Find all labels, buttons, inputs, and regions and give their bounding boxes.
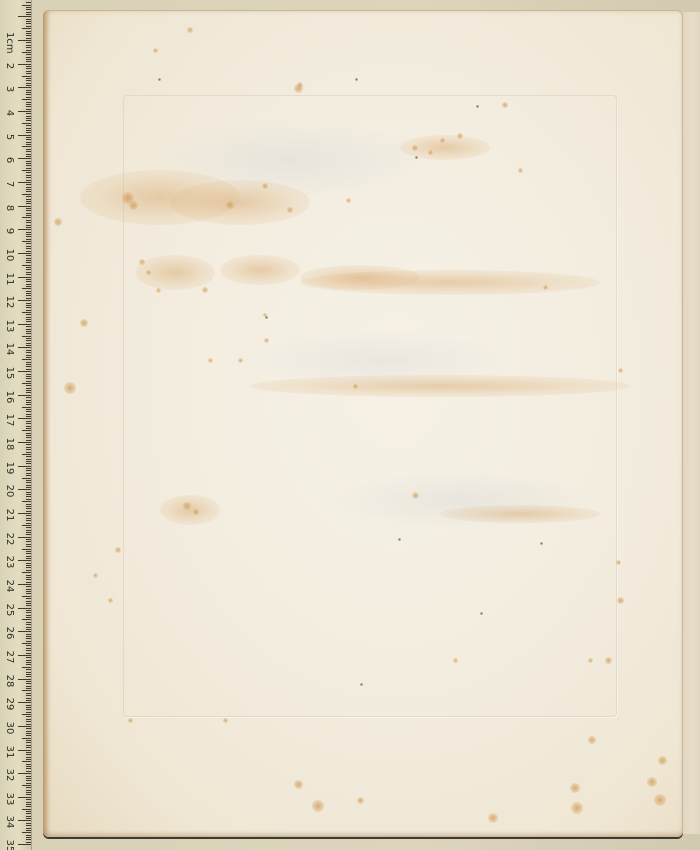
ruler-number: 7: [4, 180, 14, 188]
ruler-tick: [18, 418, 31, 419]
ruler-tick: [26, 487, 31, 488]
ruler-tick: [18, 489, 31, 490]
blank-paper-sheet: [43, 10, 683, 837]
ruler-tick: [26, 187, 31, 188]
ruler-tick: [26, 180, 31, 181]
ruler-number: 13: [4, 319, 14, 333]
ruler-tick: [26, 397, 31, 398]
ruler-tick: [26, 742, 31, 743]
ruler-tick: [26, 102, 31, 103]
ruler-tick: [26, 778, 31, 779]
ruler-tick: [26, 813, 31, 814]
ruler-tick: [22, 265, 31, 266]
foxing-spot: [108, 598, 113, 603]
ruler-tick: [26, 83, 31, 84]
ruler-tick: [26, 546, 31, 547]
ruler-tick: [26, 523, 31, 524]
ruler-tick: [26, 634, 31, 635]
ruler-tick: [26, 828, 31, 829]
ruler-tick: [26, 837, 31, 838]
ruler-tick: [18, 844, 31, 845]
ruler-tick: [22, 619, 31, 620]
foxing-spot: [287, 207, 293, 213]
ruler-tick: [26, 210, 31, 211]
ruler-tick: [18, 750, 31, 751]
ruler-tick: [26, 243, 31, 244]
foxing-spot: [647, 777, 657, 787]
ruler-number: 34: [4, 815, 14, 829]
ruler-tick: [26, 248, 31, 249]
foxing-spot: [80, 319, 88, 327]
ruler-tick: [26, 771, 31, 772]
ruler-number: 33: [4, 792, 14, 806]
ruler-tick: [18, 679, 31, 680]
ruler-tick: [26, 570, 31, 571]
ruler-tick: [22, 454, 31, 455]
ruler-tick: [26, 307, 31, 308]
ruler-tick: [18, 537, 31, 538]
ruler-tick: [26, 293, 31, 294]
ruler-tick: [26, 345, 31, 346]
ruler-tick: [26, 165, 31, 166]
ruler-number: 18: [4, 437, 14, 451]
ruler-number: 35: [4, 839, 14, 850]
ruler-tick: [26, 400, 31, 401]
ruler-tick: [26, 196, 31, 197]
ruler-tick: [26, 804, 31, 805]
ruler-tick: [26, 707, 31, 708]
ruler-tick: [26, 598, 31, 599]
ruler-tick: [26, 768, 31, 769]
ruler-tick: [26, 258, 31, 259]
ruler-tick: [22, 643, 31, 644]
foxing-spot: [264, 338, 269, 343]
ruler-tick: [26, 752, 31, 753]
ruler-tick: [26, 721, 31, 722]
ruler-tick: [26, 627, 31, 628]
ruler-tick: [26, 130, 31, 131]
ruler-tick: [26, 281, 31, 282]
ruler-number: 19: [4, 461, 14, 475]
ruler-tick: [26, 593, 31, 594]
ruler-tick: [26, 683, 31, 684]
ruler-number: 20: [4, 484, 14, 498]
ruler-tick: [26, 310, 31, 311]
ruler-tick: [26, 499, 31, 500]
ruler-tick: [26, 208, 31, 209]
ruler-tick: [26, 695, 31, 696]
ruler-tick: [26, 759, 31, 760]
ruler-tick: [26, 104, 31, 105]
foxing-spot: [617, 597, 624, 604]
ruler-tick: [26, 113, 31, 114]
ruler-tick: [26, 615, 31, 616]
ruler-tick: [26, 672, 31, 673]
ruler-tick: [18, 608, 31, 609]
foxing-spot: [115, 547, 121, 553]
foxing-spot: [518, 168, 523, 173]
foxing-spot: [262, 183, 268, 189]
foxing-spot: [588, 658, 593, 663]
ruler-tick: [22, 241, 31, 242]
foxing-spot: [128, 718, 133, 723]
ruler-tick: [26, 825, 31, 826]
ruler-tick: [26, 33, 31, 34]
foxing-spot: [618, 368, 623, 373]
ruler-tick: [22, 525, 31, 526]
ruler-number: 26: [4, 626, 14, 640]
foxing-spot: [571, 802, 583, 814]
ruler-tick: [26, 47, 31, 48]
ruler-tick: [26, 220, 31, 221]
ruler-tick: [26, 402, 31, 403]
ruler-tick: [18, 300, 31, 301]
ruler-tick: [26, 612, 31, 613]
ruler-tick: [18, 64, 31, 65]
foxing-spot: [223, 718, 228, 723]
ruler-tick: [26, 340, 31, 341]
dirt-speck: [360, 683, 363, 686]
foxing-spot: [187, 27, 193, 33]
ruler-tick: [26, 622, 31, 623]
ruler-tick: [26, 423, 31, 424]
ruler-tick: [26, 530, 31, 531]
ruler-tick: [26, 385, 31, 386]
ruler-tick: [26, 527, 31, 528]
ruler-tick: [26, 657, 31, 658]
ruler-tick: [26, 461, 31, 462]
foxing-spot: [297, 82, 303, 88]
ruler-tick: [26, 534, 31, 535]
ruler-tick: [22, 194, 31, 195]
ruler-tick: [26, 120, 31, 121]
ruler-tick: [26, 447, 31, 448]
ruler-tick: [26, 650, 31, 651]
ruler-tick: [26, 298, 31, 299]
foxing-spot: [238, 358, 243, 363]
foxing-spot: [658, 756, 667, 765]
ruler-tick: [26, 321, 31, 322]
ruler-tick: [18, 513, 31, 514]
ruler-tick: [26, 728, 31, 729]
ruler-tick: [26, 369, 31, 370]
ruler-tick: [26, 151, 31, 152]
ruler-tick: [22, 596, 31, 597]
ruler-tick: [26, 362, 31, 363]
ruler-number: 10: [4, 248, 14, 262]
ruler-tick: [26, 504, 31, 505]
ruler-tick: [26, 766, 31, 767]
ruler-tick: [26, 7, 31, 8]
ruler-tick: [26, 586, 31, 587]
ruler-number: 16: [4, 390, 14, 404]
ruler-tick: [26, 142, 31, 143]
ruler-tick: [26, 175, 31, 176]
ruler-tick: [26, 109, 31, 110]
ruler-tick: [26, 712, 31, 713]
ruler-tick: [22, 52, 31, 53]
ruler-tick: [26, 144, 31, 145]
ruler-tick: [26, 132, 31, 133]
ruler-tick: [26, 14, 31, 15]
ruler-tick: [26, 118, 31, 119]
ruler-tick: [26, 563, 31, 564]
ruler-tick: [26, 830, 31, 831]
ruler-tick: [18, 442, 31, 443]
dirt-speck: [415, 156, 418, 159]
ruler-tick: [26, 473, 31, 474]
ruler-tick: [26, 338, 31, 339]
ruler-tick: [26, 532, 31, 533]
ruler-tick: [18, 797, 31, 798]
ruler-tick: [26, 492, 31, 493]
paper-shadow: [150, 120, 430, 200]
ruler-tick: [26, 66, 31, 67]
foxing-spot: [294, 780, 303, 789]
ruler-tick: [26, 688, 31, 689]
ruler-tick: [26, 409, 31, 410]
foxing-spot: [183, 502, 191, 510]
ruler-tick: [26, 94, 31, 95]
foxing-spot: [357, 797, 364, 804]
ruler-tick: [26, 35, 31, 36]
ruler-tick: [18, 631, 31, 632]
ruler-tick: [26, 558, 31, 559]
ruler-tick: [26, 352, 31, 353]
ruler-tick: [26, 78, 31, 79]
ruler-tick: [18, 158, 31, 159]
foxing-spot: [139, 259, 145, 265]
ruler-tick: [18, 40, 31, 41]
ruler-tick: [26, 496, 31, 497]
ruler-tick: [26, 735, 31, 736]
ruler-tick: [26, 381, 31, 382]
ruler-tick: [26, 416, 31, 417]
ruler-number: 29: [4, 697, 14, 711]
ruler-tick: [18, 182, 31, 183]
ruler-tick: [26, 591, 31, 592]
ruler-tick: [26, 799, 31, 800]
ruler-tick: [18, 16, 31, 17]
ruler-tick: [18, 702, 31, 703]
ruler-tick: [26, 189, 31, 190]
ruler-tick: [26, 705, 31, 706]
ruler-tick: [22, 28, 31, 29]
ruler-tick: [26, 172, 31, 173]
foxing-spot: [453, 658, 458, 663]
ruler-tick: [22, 809, 31, 810]
ruler-tick: [26, 648, 31, 649]
ruler-tick: [26, 835, 31, 836]
ruler-tick: [26, 392, 31, 393]
ruler-tick: [26, 156, 31, 157]
ruler-tick: [26, 676, 31, 677]
ruler-tick: [26, 811, 31, 812]
ruler-tick: [26, 444, 31, 445]
ruler-tick: [22, 336, 31, 337]
foxing-spot: [440, 138, 445, 143]
ruler-tick: [26, 508, 31, 509]
ruler-tick: [26, 518, 31, 519]
ruler-tick: [26, 660, 31, 661]
ruler-tick: [26, 544, 31, 545]
ruler-tick: [26, 719, 31, 720]
ruler-number: 31: [4, 745, 14, 759]
ruler-tick: [26, 149, 31, 150]
ruler-tick: [26, 426, 31, 427]
dirt-speck: [480, 612, 483, 615]
ruler-tick: [26, 589, 31, 590]
ruler-number: 32: [4, 768, 14, 782]
ruler-tick: [26, 641, 31, 642]
ruler-tick: [22, 430, 31, 431]
dirt-speck: [398, 538, 401, 541]
ruler-tick: [18, 111, 31, 112]
ruler-tick: [26, 653, 31, 654]
ruler-tick: [26, 97, 31, 98]
page-left-edge-browning: [43, 10, 51, 837]
ruler-number: 24: [4, 579, 14, 593]
ruler-tick: [26, 26, 31, 27]
ruler-tick: [26, 376, 31, 377]
ruler-tick: [22, 549, 31, 550]
ruler-number: 17: [4, 413, 14, 427]
ruler-tick: [26, 624, 31, 625]
ruler-tick: [26, 440, 31, 441]
ruler-tick: [26, 366, 31, 367]
ruler-tick: [18, 229, 31, 230]
ruler-tick: [26, 80, 31, 81]
ruler-tick: [26, 59, 31, 60]
foxing-spot: [93, 573, 98, 578]
ruler-tick: [26, 31, 31, 32]
foxing-spot: [64, 382, 76, 394]
ruler-tick: [26, 716, 31, 717]
ruler-tick: [26, 357, 31, 358]
ruler-tick: [18, 347, 31, 348]
foxing-spot: [226, 201, 234, 209]
ruler-tick: [26, 806, 31, 807]
ruler-tick: [22, 359, 31, 360]
ruler-tick: [26, 260, 31, 261]
ruler-tick: [26, 662, 31, 663]
ruler-tick: [26, 636, 31, 637]
ruler-tick: [18, 773, 31, 774]
ruler-tick: [26, 291, 31, 292]
ruler-tick: [26, 724, 31, 725]
ruler-tick: [26, 709, 31, 710]
ruler-tick: [26, 579, 31, 580]
ruler-tick: [26, 411, 31, 412]
foxing-spot: [605, 657, 612, 664]
ruler-tick: [26, 449, 31, 450]
ruler-tick: [22, 407, 31, 408]
ruler-tick: [26, 776, 31, 777]
ruler-tick: [26, 92, 31, 93]
ruler-tick: [26, 629, 31, 630]
ruler-tick: [26, 236, 31, 237]
ruler-tick: [26, 404, 31, 405]
ruler-tick: [26, 251, 31, 252]
ruler-tick: [26, 428, 31, 429]
ruler-tick: [26, 740, 31, 741]
ruler-tick: [26, 617, 31, 618]
foxing-spot: [202, 287, 208, 293]
paper-shadow: [250, 330, 510, 390]
ruler-tick: [26, 700, 31, 701]
ruler-tick: [26, 638, 31, 639]
ruler-tick: [26, 331, 31, 332]
foxing-spot: [588, 736, 596, 744]
ruler-tick: [26, 168, 31, 169]
foxing-spot: [502, 102, 508, 108]
ruler-tick: [26, 222, 31, 223]
ruler-tick: [26, 582, 31, 583]
ruler-tick: [26, 272, 31, 273]
ruler-tick: [26, 669, 31, 670]
ruler-tick: [26, 485, 31, 486]
ruler-tick: [26, 274, 31, 275]
ruler-tick: [26, 567, 31, 568]
ruler-tick: [22, 501, 31, 502]
foxing-spot: [353, 384, 358, 389]
ruler-tick: [26, 191, 31, 192]
ruler-tick: [26, 733, 31, 734]
foxing-spot: [54, 218, 62, 226]
foxing-spot: [428, 150, 433, 155]
ruler-number: 11: [4, 272, 14, 286]
foxing-spot: [312, 800, 324, 812]
ruler-tick: [26, 468, 31, 469]
ruler-tick: [26, 437, 31, 438]
ruler-tick: [26, 355, 31, 356]
ruler-tick: [26, 303, 31, 304]
ruler-tick: [26, 213, 31, 214]
foxing-spot: [616, 560, 621, 565]
ruler-tick: [18, 726, 31, 727]
ruler-tick: [26, 23, 31, 24]
ruler-number: 25: [4, 603, 14, 617]
ruler-tick: [22, 99, 31, 100]
ruler-tick: [26, 314, 31, 315]
ruler-tick: [26, 515, 31, 516]
ruler-tick: [26, 279, 31, 280]
ruler-tick: [26, 390, 31, 391]
ruler-tick: [26, 215, 31, 216]
foxing-spot: [457, 133, 463, 139]
ruler-tick: [18, 655, 31, 656]
foxing-spot: [208, 358, 213, 363]
ruler-tick: [26, 780, 31, 781]
foxing-spot: [654, 794, 666, 806]
ruler-tick: [26, 239, 31, 240]
ruler-tick: [18, 135, 31, 136]
ruler-number: 2: [4, 62, 14, 70]
ruler-tick: [26, 494, 31, 495]
ruler-tick: [26, 378, 31, 379]
dirt-speck: [476, 105, 479, 108]
ruler-tick: [26, 764, 31, 765]
dirt-speck: [355, 78, 358, 81]
ruler-tick: [26, 674, 31, 675]
ruler-tick: [26, 511, 31, 512]
foxing-spot: [346, 198, 351, 203]
ruler-tick: [26, 664, 31, 665]
ruler-tick: [26, 731, 31, 732]
ruler-tick: [26, 539, 31, 540]
foxing-stain: [300, 265, 420, 290]
ruler-tick: [26, 61, 31, 62]
